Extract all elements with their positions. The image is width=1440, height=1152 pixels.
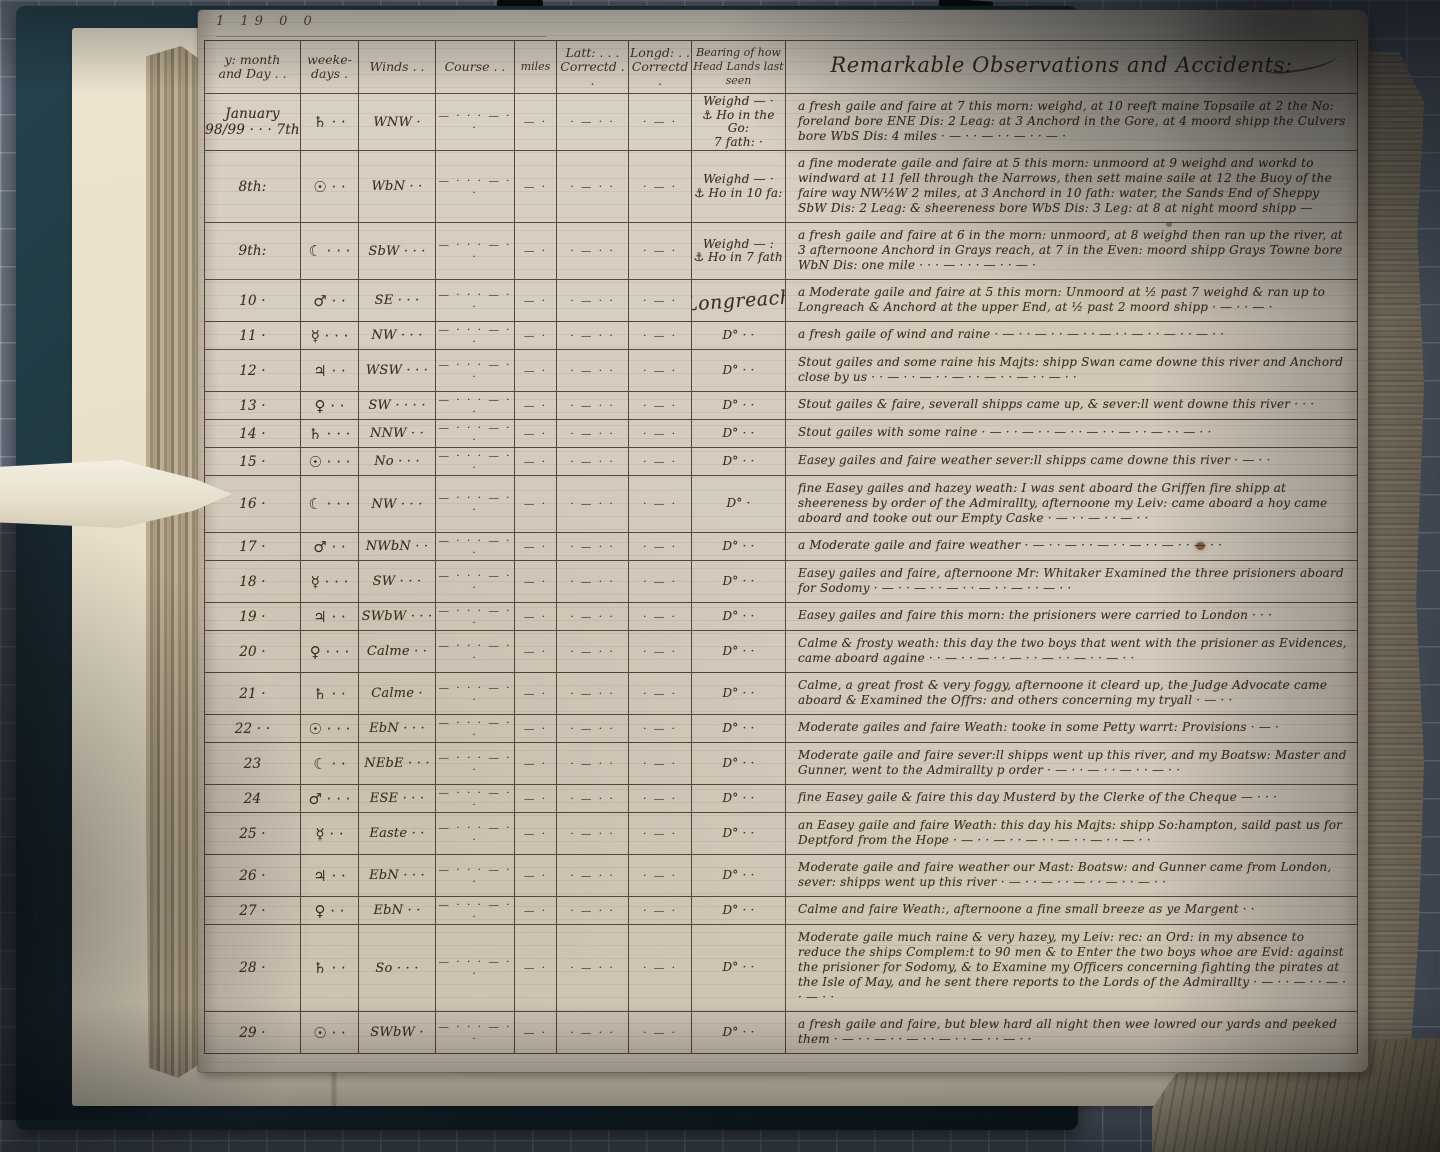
bearing-cell: Weighd — · ⚓ Ho in 10 fa: <box>691 151 785 222</box>
wind-value: NWbN · · <box>366 539 429 554</box>
wind-cell: EbN · · · <box>358 855 435 896</box>
bearing-cell: D° · · <box>691 561 785 602</box>
observations-cell: a Moderate gaile and faire at 5 this mor… <box>785 280 1358 321</box>
wind-cell: EbN · · <box>358 897 435 924</box>
course-dashes: — · · · — · · <box>436 450 514 474</box>
date-value: 23 <box>244 756 262 772</box>
date-value: 28 · <box>239 960 266 976</box>
bearing-cell: D° · · <box>691 813 785 854</box>
date-value: 14 · <box>239 426 266 442</box>
ditto-mark: D° · · <box>722 540 754 554</box>
date-value: 25 · <box>239 826 266 842</box>
course-cell: — · · · — · · <box>435 392 514 419</box>
bearing-cell: D° · · <box>691 392 785 419</box>
observation-text: Stout gailes & faire, severall shipps ca… <box>786 392 1322 418</box>
course-dashes: — · · · — · · <box>436 394 514 418</box>
bearing-cell: D° · · <box>691 785 785 812</box>
observations-cell: Easey gailes and faire weather sever:ll … <box>785 448 1358 475</box>
course-dashes: — · · · — · · <box>436 492 514 516</box>
page-title: Remarkable Observations and Accidents: <box>820 53 1322 81</box>
date-value: 17 · <box>239 539 266 555</box>
miles-dashes: — · <box>524 330 547 342</box>
log-row: 25 · ☿ · · Easte · · — · · · — · · — · ·… <box>204 813 1358 855</box>
miles-dashes: — · <box>524 870 547 882</box>
photography-stage: 1 19 0 0 y: monthand Day . . weeke-days … <box>0 0 1440 1152</box>
anchorage-note: Weighd — · ⚓ Ho in the Go: 7 fath: · <box>692 95 785 149</box>
miles-dashes: — · <box>524 905 547 917</box>
date-cell: 20 · <box>204 631 300 672</box>
anchorage-note: Weighd — · ⚓ Ho in 10 fa: <box>694 173 782 200</box>
weekday-symbol-mercury-icon: ☿ · · <box>315 825 343 843</box>
latitude-dashes: · — · · <box>570 962 615 974</box>
longitude-dashes: · — · <box>643 870 677 882</box>
wind-cell: No · · · <box>358 448 435 475</box>
latitude-dashes: · — · · <box>570 541 615 553</box>
observation-text: an Easey gaile and faire Weath: this day… <box>786 813 1357 854</box>
miles-dashes: — · <box>524 576 547 588</box>
bearing-cell: D° · · <box>691 715 785 742</box>
weekday-symbol-saturn-icon: ♄ · · <box>313 685 346 703</box>
course-dashes: — · · · — · · <box>436 956 514 980</box>
weekday-cell: ♃ · · <box>300 603 358 630</box>
observation-text: Stout gailes with some raine · — · · — ·… <box>786 420 1219 446</box>
weekday-cell: ♀ · · · <box>300 631 358 672</box>
weekday-cell: ♄ · · <box>300 673 358 714</box>
longitude-cell: · — · <box>628 561 691 602</box>
anchorage-note: Weighd — : ⚓ Ho in 7 fath <box>694 238 783 265</box>
miles-dashes: — · <box>524 1027 547 1039</box>
miles-dashes: — · <box>524 723 547 735</box>
longitude-dashes: · — · <box>643 576 677 588</box>
observations-cell: Calme and faire Weath:, afternoone a fin… <box>785 897 1358 924</box>
date-cell: January 98/99 · · · 7th <box>204 94 300 150</box>
longitude-cell: · — · <box>628 813 691 854</box>
latitude-cell: · — · · <box>556 350 628 391</box>
latitude-cell: · — · · <box>556 533 628 560</box>
weekday-cell: ☿ · · · <box>300 561 358 602</box>
weekday-symbol-mars-icon: ♂ · · <box>313 538 346 556</box>
log-rows: January 98/99 · · · 7th ♄ · · WNW · — · … <box>204 94 1358 1054</box>
date-cell: 23 <box>204 743 300 784</box>
wind-value: Calme · · <box>367 644 427 659</box>
bearing-cell: D° · · <box>691 603 785 630</box>
longitude-cell: · — · <box>628 476 691 532</box>
ditto-mark: D° · · <box>722 399 754 413</box>
miles-cell: — · <box>514 448 556 475</box>
longitude-cell: · — · <box>628 151 691 222</box>
longitude-dashes: · — · <box>643 245 677 257</box>
weekday-cell: ♂ · · <box>300 533 358 560</box>
course-cell: — · · · — · · <box>435 925 514 1011</box>
longitude-cell: · — · <box>628 631 691 672</box>
miles-dashes: — · <box>524 181 547 193</box>
wind-value: SWbW · <box>370 1025 423 1040</box>
date-value: 29 · <box>239 1025 266 1041</box>
miles-dashes: — · <box>524 646 547 658</box>
course-dashes: — · · · — · · <box>436 324 514 348</box>
latitude-dashes: · — · · <box>570 116 615 128</box>
course-dashes: — · · · — · · <box>436 640 514 664</box>
bearing-cell: D° · <box>691 476 785 532</box>
date-cell: 10 · <box>204 280 300 321</box>
latitude-cell: · — · · <box>556 925 628 1011</box>
date-value: 15 · <box>239 454 266 470</box>
wind-value: ESE · · · <box>370 791 424 806</box>
weekday-cell: ☉ · · <box>300 151 358 222</box>
weekday-cell: ♂ · · <box>300 280 358 321</box>
log-row: January 98/99 · · · 7th ♄ · · WNW · — · … <box>204 94 1358 151</box>
latitude-cell: · — · · <box>556 392 628 419</box>
miles-cell: — · <box>514 785 556 812</box>
date-value: 24 <box>244 791 262 807</box>
column-header-longitude: Longd: . .Correctd . <box>628 41 691 93</box>
wind-cell: SE · · · <box>358 280 435 321</box>
miles-cell: — · <box>514 350 556 391</box>
weekday-cell: ☾ · · · <box>300 223 358 279</box>
course-cell: — · · · — · · <box>435 420 514 447</box>
wind-cell: NEbE · · · <box>358 743 435 784</box>
miles-dashes: — · <box>524 498 547 510</box>
log-row: 17 · ♂ · · NWbN · · — · · · — · · — · · … <box>204 533 1358 561</box>
ditto-mark: D° · · <box>722 722 754 736</box>
date-value: 20 · <box>239 644 266 660</box>
wind-cell: NW · · · <box>358 476 435 532</box>
longitude-cell: · — · <box>628 420 691 447</box>
miles-dashes: — · <box>524 365 547 377</box>
log-row: 15 · ☉ · · · No · · · — · · · — · · — · … <box>204 448 1358 476</box>
course-dashes: — · · · — · · <box>436 359 514 383</box>
observation-text: Moderate gaile and faire weather our Mas… <box>786 855 1357 896</box>
latitude-cell: · — · · <box>556 448 628 475</box>
miles-dashes: — · <box>524 428 547 440</box>
course-cell: — · · · — · · <box>435 476 514 532</box>
observations-cell: Moderate gaile and faire sever:ll shipps… <box>785 743 1358 784</box>
log-row: 22 · · ☉ · · · EbN · · · — · · · — · · —… <box>204 715 1358 743</box>
date-cell: 11 · <box>204 322 300 349</box>
date-value: 16 · <box>239 496 266 512</box>
longitude-cell: · — · <box>628 392 691 419</box>
course-dashes: — · · · — · · <box>436 570 514 594</box>
course-cell: — · · · — · · <box>435 448 514 475</box>
course-cell: — · · · — · · <box>435 94 514 150</box>
longitude-dashes: · — · <box>643 456 677 468</box>
date-cell: 17 · <box>204 533 300 560</box>
wind-value: Calme · <box>371 686 423 701</box>
course-dashes: — · · · — · · <box>436 787 514 811</box>
course-cell: — · · · — · · <box>435 715 514 742</box>
wind-value: WNW · <box>373 115 420 130</box>
latitude-dashes: · — · · <box>570 181 615 193</box>
ditto-mark: D° · · <box>722 575 754 589</box>
observation-text: a fresh gaile and faire at 6 in the morn… <box>786 223 1357 279</box>
wind-value: No · · · <box>374 454 420 469</box>
course-cell: — · · · — · · <box>435 897 514 924</box>
latitude-dashes: · — · · <box>570 576 615 588</box>
wind-value: SbW · · · <box>368 244 425 259</box>
wind-cell: Calme · <box>358 673 435 714</box>
wind-cell: ESE · · · <box>358 785 435 812</box>
log-row: 26 · ♃ · · EbN · · · — · · · — · · — · ·… <box>204 855 1358 897</box>
miles-dashes: — · <box>524 611 547 623</box>
latitude-cell: · — · · <box>556 280 628 321</box>
course-cell: — · · · — · · <box>435 151 514 222</box>
bearing-cell: D° · · <box>691 673 785 714</box>
course-dashes: — · · · — · · <box>436 239 514 263</box>
course-cell: — · · · — · · <box>435 785 514 812</box>
date-value: 18 · <box>239 574 266 590</box>
longitude-cell: · — · <box>628 715 691 742</box>
bearing-cell: D° · · <box>691 420 785 447</box>
latitude-cell: · — · · <box>556 785 628 812</box>
longitude-cell: · — · <box>628 223 691 279</box>
log-row: 23 ☾ · · NEbE · · · — · · · — · · — · · … <box>204 743 1358 785</box>
weekday-cell: ☉ · · · <box>300 715 358 742</box>
longitude-cell: · — · <box>628 533 691 560</box>
date-value: 21 · <box>239 686 266 702</box>
longitude-cell: · — · <box>628 1012 691 1053</box>
weekday-symbol-sun-icon: ☉ · · <box>313 1024 346 1042</box>
observations-cell: Stout gailes and some raine his Majts: s… <box>785 350 1358 391</box>
date-cell: 28 · <box>204 925 300 1011</box>
observations-header: Remarkable Observations and Accidents: <box>785 41 1358 93</box>
bearing-cell: D° · · <box>691 533 785 560</box>
miles-cell: — · <box>514 223 556 279</box>
weekday-symbol-mars-icon: ♂ · · · <box>308 790 350 808</box>
miles-cell: — · <box>514 897 556 924</box>
miles-dashes: — · <box>524 295 547 307</box>
wind-cell: Easte · · <box>358 813 435 854</box>
bearing-cell: D° · · <box>691 855 785 896</box>
log-table: y: monthand Day . . weeke-days . Winds .… <box>204 40 1358 1054</box>
weekday-symbol-saturn-icon: ♄ · · <box>313 959 346 977</box>
wind-value: EbN · · · <box>369 721 425 736</box>
longitude-cell: · — · <box>628 855 691 896</box>
weekday-cell: ☉ · · · <box>300 448 358 475</box>
miles-cell: — · <box>514 1012 556 1053</box>
observation-text: a fine moderate gaile and faire at 5 thi… <box>786 151 1357 222</box>
observations-cell: Stout gailes & faire, severall shipps ca… <box>785 392 1358 419</box>
column-header-latitude: Latt: . . .Correctd . . <box>556 41 628 93</box>
longitude-cell: · — · <box>628 897 691 924</box>
weekday-symbol-jupiter-icon: ♃ · · <box>313 867 346 885</box>
ditto-mark: D° · · <box>722 904 754 918</box>
wind-value: SW · · · · <box>368 398 425 413</box>
wind-value: WbN · · <box>372 179 423 194</box>
latitude-dashes: · — · · <box>570 330 615 342</box>
bearing-cell: Weighd — · ⚓ Ho in the Go: 7 fath: · <box>691 94 785 150</box>
observations-cell: an Easey gaile and faire Weath: this day… <box>785 813 1358 854</box>
course-dashes: — · · · — · · <box>436 1021 514 1045</box>
wind-cell: SW · · · <box>358 561 435 602</box>
table-header-row: y: monthand Day . . weeke-days . Winds .… <box>204 40 1358 94</box>
longitude-dashes: · — · <box>643 723 677 735</box>
miles-cell: — · <box>514 743 556 784</box>
latitude-cell: · — · · <box>556 715 628 742</box>
wind-value: NEbE · · · <box>364 756 429 771</box>
miles-dashes: — · <box>524 828 547 840</box>
latitude-cell: · — · · <box>556 813 628 854</box>
course-cell: — · · · — · · <box>435 813 514 854</box>
miles-cell: — · <box>514 151 556 222</box>
column-header-course: Course . . <box>435 41 514 93</box>
wind-cell: SW · · · · <box>358 392 435 419</box>
wind-cell: So · · · <box>358 925 435 1011</box>
observation-text: Moderate gailes and faire Weath: tooke i… <box>786 715 1287 741</box>
longitude-dashes: · — · <box>643 688 677 700</box>
ditto-mark: D° · · <box>722 792 754 806</box>
longitude-cell: · — · <box>628 603 691 630</box>
latitude-dashes: · — · · <box>570 611 615 623</box>
longitude-dashes: · — · <box>643 611 677 623</box>
weekday-symbol-saturn-icon: ♄ · · <box>313 113 346 131</box>
wind-cell: NW · · · <box>358 322 435 349</box>
longitude-dashes: · — · <box>643 116 677 128</box>
longitude-cell: · — · <box>628 925 691 1011</box>
observation-text: Calme and faire Weath:, afternoone a fin… <box>786 897 1263 923</box>
observation-text: Easey gailes and faire this morn: the pr… <box>786 603 1280 629</box>
date-cell: 24 <box>204 785 300 812</box>
ditto-mark: D° · · <box>722 869 754 883</box>
date-cell: 13 · <box>204 392 300 419</box>
latitude-cell: · — · · <box>556 561 628 602</box>
observation-text: a Moderate gaile and faire weather · — ·… <box>786 533 1230 559</box>
bearing-cell: D° · · <box>691 897 785 924</box>
weekday-cell: ♄ · · <box>300 94 358 150</box>
miles-cell: — · <box>514 280 556 321</box>
observation-text: Calme, a great frost & very foggy, after… <box>786 673 1357 714</box>
weekday-cell: ♄ · · <box>300 925 358 1011</box>
latitude-cell: · — · · <box>556 855 628 896</box>
longitude-cell: · — · <box>628 448 691 475</box>
wind-value: NW · · · <box>371 328 422 343</box>
ditto-mark: D° · · <box>722 757 754 771</box>
log-row: 19 · ♃ · · SWbW · · · — · · · — · · — · … <box>204 603 1358 631</box>
date-value: 10 · <box>239 293 266 309</box>
weekday-symbol-sun-icon: ☉ · · <box>313 178 346 196</box>
date-cell: 27 · <box>204 897 300 924</box>
weekday-cell: ♀ · · <box>300 897 358 924</box>
weekday-symbol-moon-icon: ☾ · · · <box>308 242 350 260</box>
log-row: 8th: ☉ · · WbN · · — · · · — · · — · · —… <box>204 151 1358 223</box>
observation-text: a Moderate gaile and faire at 5 this mor… <box>786 280 1357 321</box>
log-row: 20 · ♀ · · · Calme · · — · · · — · · — ·… <box>204 631 1358 673</box>
course-dashes: — · · · — · · <box>436 717 514 741</box>
longitude-dashes: · — · <box>643 365 677 377</box>
latitude-dashes: · — · · <box>570 1027 615 1039</box>
course-cell: — · · · — · · <box>435 673 514 714</box>
log-row: 10 · ♂ · · SE · · · — · · · — · · — · · … <box>204 280 1358 322</box>
latitude-cell: · — · · <box>556 223 628 279</box>
ditto-mark: D° · · <box>722 364 754 378</box>
course-cell: — · · · — · · <box>435 280 514 321</box>
observation-text: Moderate gaile much raine & very hazey, … <box>786 925 1357 1011</box>
longitude-dashes: · — · <box>643 758 677 770</box>
miles-dashes: — · <box>524 688 547 700</box>
bearing-cell: D° · · <box>691 631 785 672</box>
wind-cell: SWbW · · · <box>358 603 435 630</box>
log-row: 24 ♂ · · · ESE · · · — · · · — · · — · ·… <box>204 785 1358 813</box>
observation-text: fine Easey gaile & faire this day Muster… <box>786 785 1285 811</box>
latitude-cell: · — · · <box>556 420 628 447</box>
wind-cell: Calme · · <box>358 631 435 672</box>
date-cell: 18 · <box>204 561 300 602</box>
wind-cell: WbN · · <box>358 151 435 222</box>
miles-cell: — · <box>514 322 556 349</box>
miles-cell: — · <box>514 855 556 896</box>
date-cell: 12 · <box>204 350 300 391</box>
wind-value: NW · · · <box>371 497 422 512</box>
wind-value: SWbW · · · <box>362 609 433 624</box>
course-dashes: — · · · — · · <box>436 289 514 313</box>
date-cell: 19 · <box>204 603 300 630</box>
miles-dashes: — · <box>524 456 547 468</box>
latitude-cell: · — · · <box>556 743 628 784</box>
column-header-weekdays: weeke-days . <box>300 41 358 93</box>
longitude-dashes: · — · <box>643 793 677 805</box>
latitude-cell: · — · · <box>556 151 628 222</box>
latitude-dashes: · — · · <box>570 428 615 440</box>
weekday-symbol-jupiter-icon: ♃ · · <box>313 362 346 380</box>
course-cell: — · · · — · · <box>435 631 514 672</box>
date-cell: 16 · <box>204 476 300 532</box>
longitude-cell: · — · <box>628 280 691 321</box>
date-cell: 29 · <box>204 1012 300 1053</box>
latitude-cell: · — · · <box>556 897 628 924</box>
observations-cell: Easey gailes and faire, afternoone Mr: W… <box>785 561 1358 602</box>
weekday-symbol-mercury-icon: ☿ · · · <box>311 327 349 345</box>
wind-cell: SbW · · · <box>358 223 435 279</box>
date-cell: 25 · <box>204 813 300 854</box>
miles-dashes: — · <box>524 758 547 770</box>
observation-text: Moderate gaile and faire sever:ll shipps… <box>786 743 1357 784</box>
longitude-cell: · — · <box>628 743 691 784</box>
latitude-dashes: · — · · <box>570 456 615 468</box>
miles-cell: — · <box>514 813 556 854</box>
observation-text: Calme & frosty weath: this day the two b… <box>786 631 1357 672</box>
miles-cell: — · <box>514 925 556 1011</box>
observations-cell: a Moderate gaile and faire weather · — ·… <box>785 533 1358 560</box>
wind-cell: WNW · <box>358 94 435 150</box>
log-row: 16 · ☾ · · · NW · · · — · · · — · · — · … <box>204 476 1358 533</box>
wind-value: So · · · <box>375 961 418 976</box>
observations-cell: fine Easey gaile & faire this day Muster… <box>785 785 1358 812</box>
miles-cell: — · <box>514 420 556 447</box>
column-header-date: y: monthand Day . . <box>204 41 300 93</box>
column-header-winds: Winds . . <box>358 41 435 93</box>
longitude-dashes: · — · <box>643 1027 677 1039</box>
wind-value: EbN · · · <box>369 868 425 883</box>
observations-cell: Stout gailes with some raine · — · · — ·… <box>785 420 1358 447</box>
miles-dashes: — · <box>524 962 547 974</box>
longitude-cell: · — · <box>628 673 691 714</box>
latitude-cell: · — · · <box>556 673 628 714</box>
miles-cell: — · <box>514 603 556 630</box>
wind-value: EbN · · <box>373 903 420 918</box>
observations-cell: fine Easey gailes and hazey weath: I was… <box>785 476 1358 532</box>
log-row: 28 · ♄ · · So · · · — · · · — · · — · · … <box>204 925 1358 1012</box>
date-cell: 22 · · <box>204 715 300 742</box>
course-dashes: — · · · — · · <box>436 752 514 776</box>
bearing-cell: D° · · <box>691 925 785 1011</box>
course-cell: — · · · — · · <box>435 1012 514 1053</box>
longitude-dashes: · — · <box>643 828 677 840</box>
date-value: 27 · <box>239 903 266 919</box>
date-value: 13 · <box>239 398 266 414</box>
miles-cell: — · <box>514 631 556 672</box>
latitude-cell: · — · · <box>556 1012 628 1053</box>
course-dashes: — · · · — · · <box>436 535 514 559</box>
date-cell: 8th: <box>204 151 300 222</box>
